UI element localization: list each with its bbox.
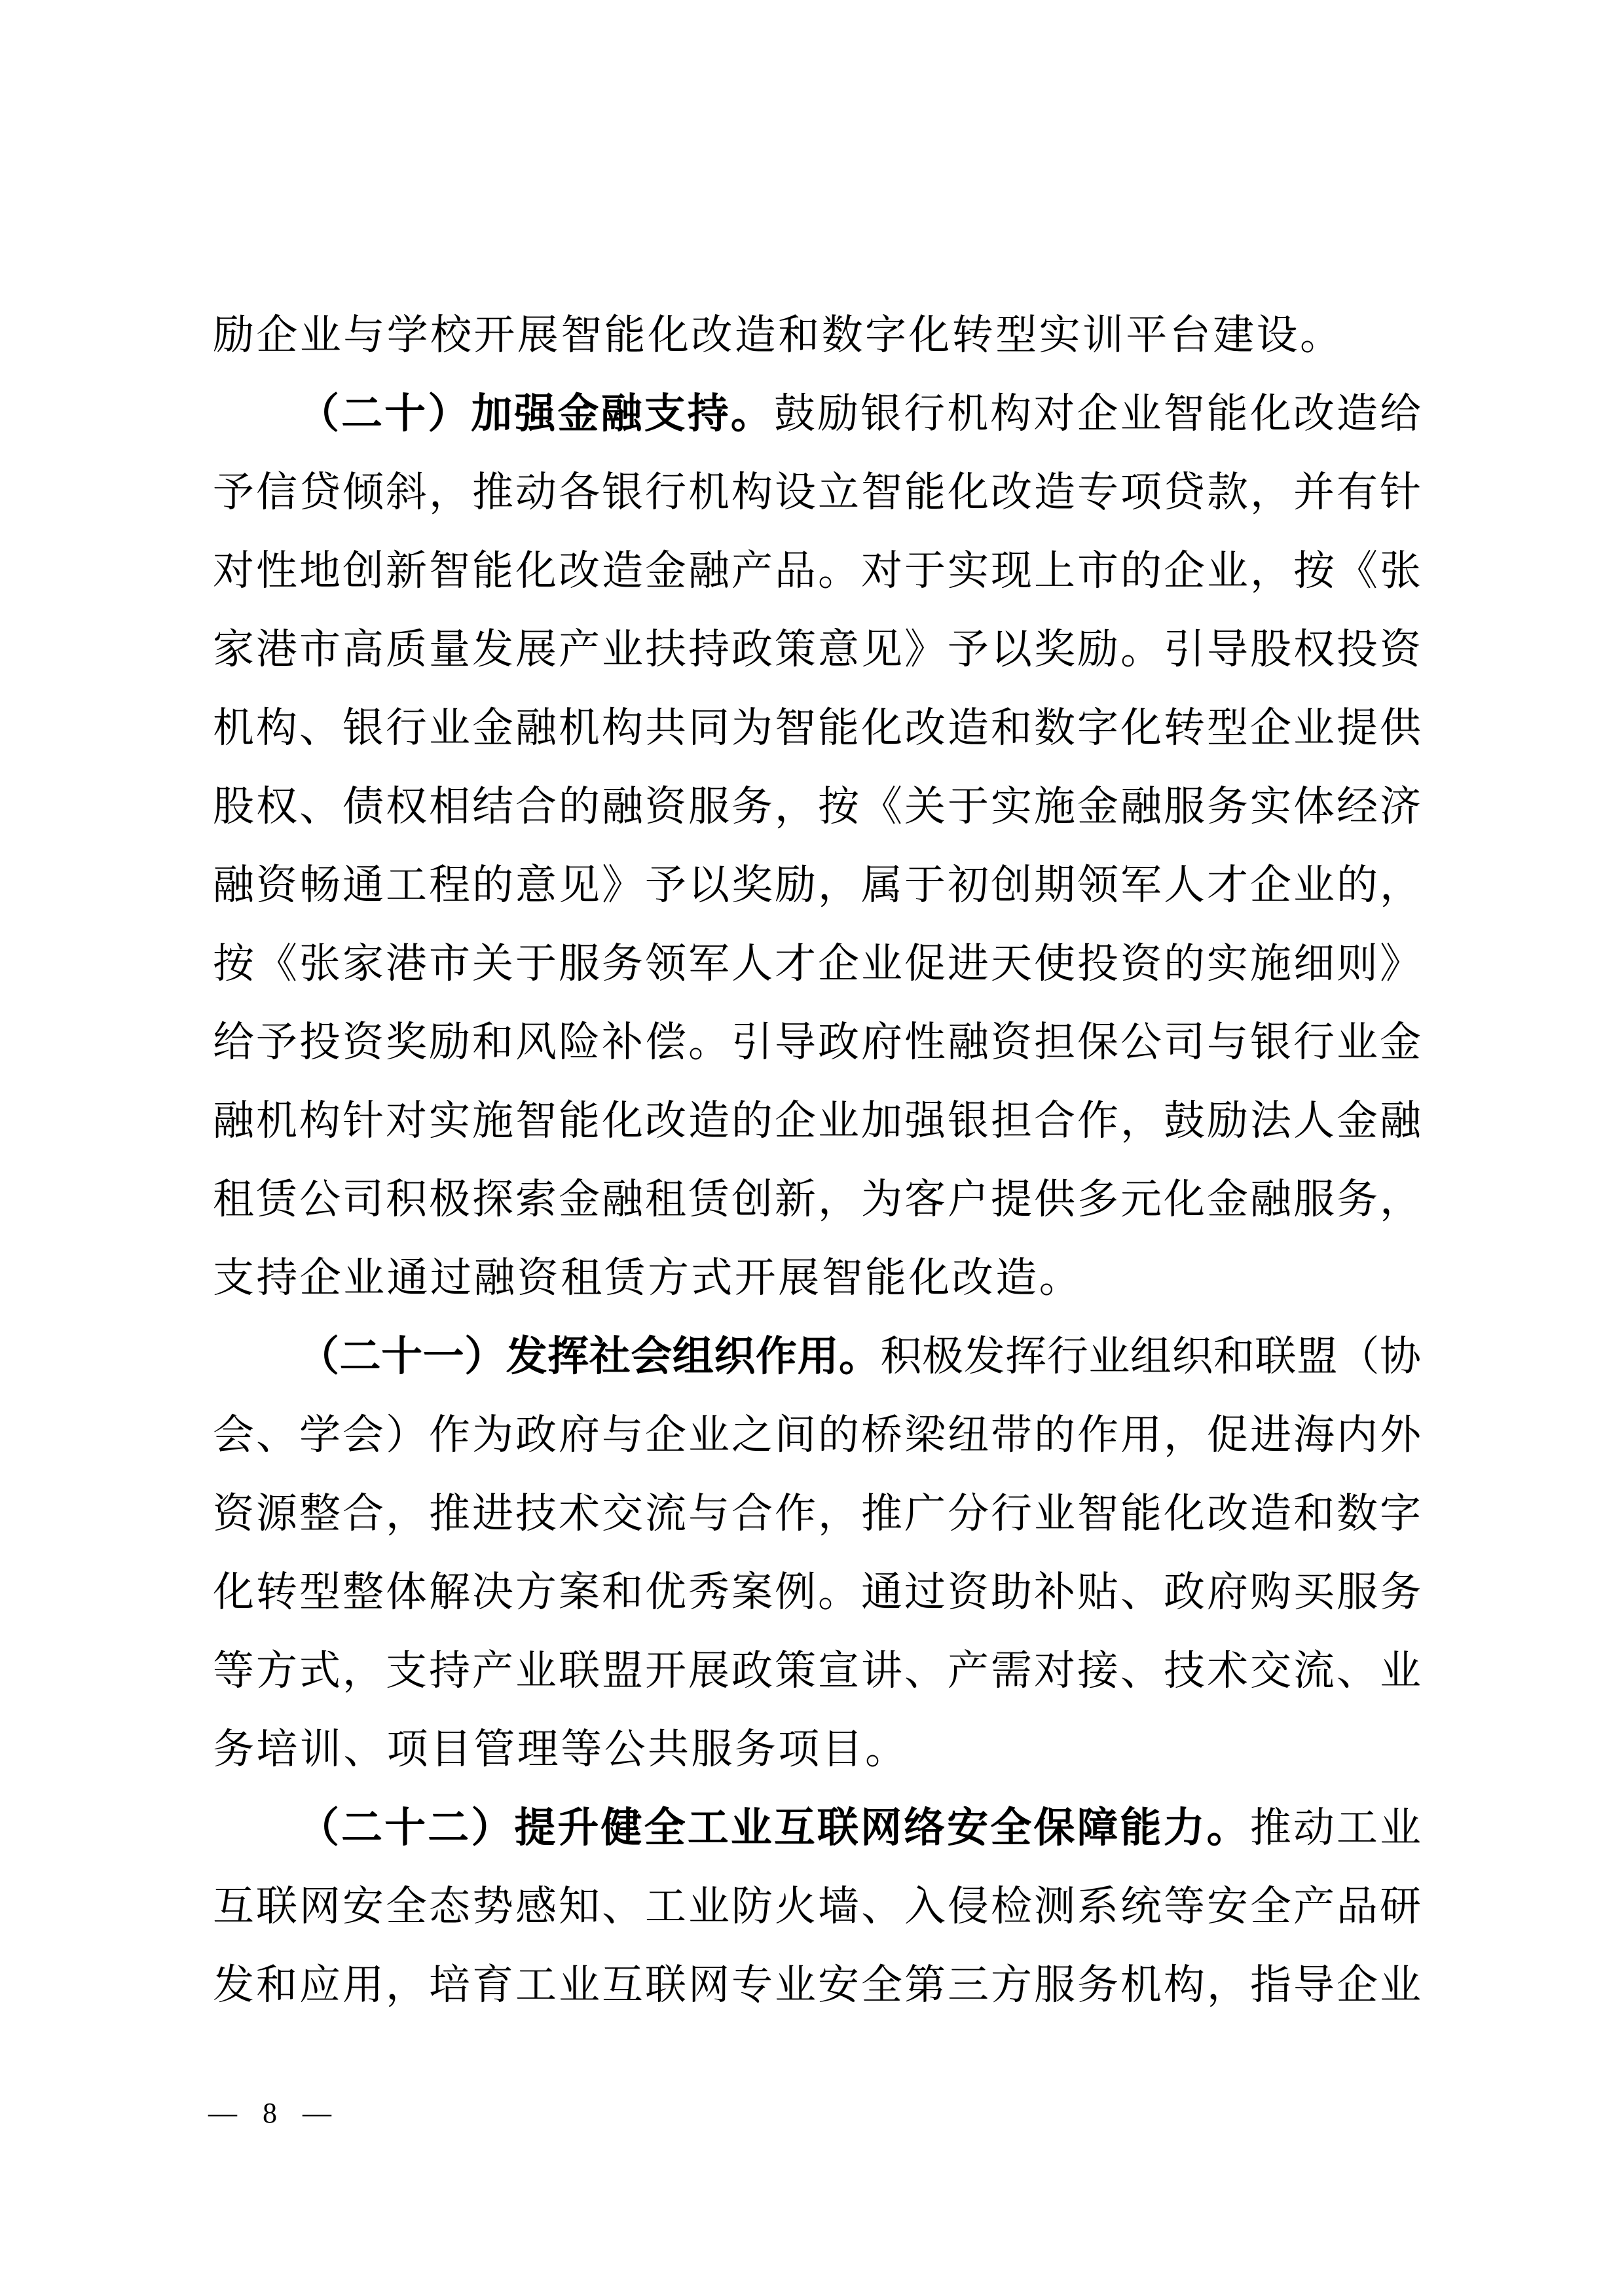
text-line: （二十二）提升健全工业互联网络安全保障能力。推动工业 xyxy=(213,1789,1421,1867)
text-line: 融资畅通工程的意见》予以奖励，属于初创期领军人才企业的， xyxy=(213,846,1421,924)
section-heading: （二十一）发挥社会组织作用。 xyxy=(298,1334,881,1379)
body-text: 励企业与学校开展智能化改造和数字化转型实训平台建设。 xyxy=(213,312,1343,358)
body-text: 给予投资奖励和风险补偿。引导政府性融资担保公司与银行业金 xyxy=(213,1019,1421,1065)
text-line: （二十）加强金融支持。鼓励银行机构对企业智能化改造给 xyxy=(213,374,1421,453)
text-line: 化转型整体解决方案和优秀案例。通过资助补贴、政府购买服务 xyxy=(213,1553,1421,1631)
text-line: 对性地创新智能化改造金融产品。对于实现上市的企业，按《张 xyxy=(213,532,1421,610)
section-heading: （二十）加强金融支持。 xyxy=(298,391,774,437)
section-heading: （二十二）提升健全工业互联网络安全保障能力。 xyxy=(298,1805,1250,1851)
body-text: 支持企业通过融资租赁方式开展智能化改造。 xyxy=(213,1255,1082,1301)
text-line: 会、学会）作为政府与企业之间的桥梁纽带的作用，促进海内外 xyxy=(213,1396,1421,1474)
text-line: 互联网安全态势感知、工业防火墙、入侵检测系统等安全产品研 xyxy=(213,1867,1421,1946)
body-text: 等方式，支持产业联盟开展政策宣讲、产需对接、技术交流、业 xyxy=(213,1648,1421,1694)
body-text: 务培训、项目管理等公共服务项目。 xyxy=(213,1726,908,1772)
body-text: 家港市高质量发展产业扶持政策意见》予以奖励。引导股权投资 xyxy=(213,627,1421,672)
text-line: 租赁公司积极探索金融租赁创新，为客户提供多元化金融服务， xyxy=(213,1160,1421,1239)
text-line: 资源整合，推进技术交流与合作，推广分行业智能化改造和数字 xyxy=(213,1474,1421,1553)
document-body: 励企业与学校开展智能化改造和数字化转型实训平台建设。 （二十）加强金融支持。鼓励… xyxy=(213,296,1421,2024)
text-line: 股权、债权相结合的融资服务，按《关于实施金融服务实体经济 xyxy=(213,767,1421,846)
text-line: 按《张家港市关于服务领军人才企业促进天使投资的实施细则》 xyxy=(213,924,1421,1003)
body-text: 化转型整体解决方案和优秀案例。通过资助补贴、政府购买服务 xyxy=(213,1569,1421,1615)
body-text: 股权、债权相结合的融资服务，按《关于实施金融服务实体经济 xyxy=(213,784,1421,829)
text-line: 务培训、项目管理等公共服务项目。 xyxy=(213,1710,1421,1789)
text-line: 等方式，支持产业联盟开展政策宣讲、产需对接、技术交流、业 xyxy=(213,1631,1421,1710)
body-text: 对性地创新智能化改造金融产品。对于实现上市的企业，按《张 xyxy=(213,548,1421,594)
page-number: — 8 — xyxy=(208,2094,335,2133)
body-text: 融资畅通工程的意见》予以奖励，属于初创期领军人才企业的， xyxy=(213,862,1421,908)
text-line: （二十一）发挥社会组织作用。积极发挥行业组织和联盟（协 xyxy=(213,1317,1421,1396)
body-text: 融机构针对实施智能化改造的企业加强银担合作，鼓励法人金融 xyxy=(213,1098,1421,1144)
document-page: 励企业与学校开展智能化改造和数字化转型实训平台建设。 （二十）加强金融支持。鼓励… xyxy=(0,0,1624,2296)
body-text: 会、学会）作为政府与企业之间的桥梁纽带的作用，促进海内外 xyxy=(213,1412,1421,1458)
text-line: 予信贷倾斜，推动各银行机构设立智能化改造专项贷款，并有针 xyxy=(213,453,1421,532)
body-text: 互联网安全态势感知、工业防火墙、入侵检测系统等安全产品研 xyxy=(213,1884,1421,1929)
body-text: 发和应用，培育工业互联网专业安全第三方服务机构，指导企业 xyxy=(213,1962,1421,2008)
text-line: 励企业与学校开展智能化改造和数字化转型实训平台建设。 xyxy=(213,296,1421,374)
body-text: 鼓励银行机构对企业智能化改造给 xyxy=(774,391,1421,437)
body-text: 资源整合，推进技术交流与合作，推广分行业智能化改造和数字 xyxy=(213,1491,1421,1537)
body-text: 租赁公司积极探索金融租赁创新，为客户提供多元化金融服务， xyxy=(213,1176,1421,1222)
body-text: 予信贷倾斜，推动各银行机构设立智能化改造专项贷款，并有针 xyxy=(213,469,1421,515)
text-line: 支持企业通过融资租赁方式开展智能化改造。 xyxy=(213,1239,1421,1317)
text-line: 家港市高质量发展产业扶持政策意见》予以奖励。引导股权投资 xyxy=(213,610,1421,689)
text-line: 融机构针对实施智能化改造的企业加强银担合作，鼓励法人金融 xyxy=(213,1082,1421,1160)
body-text: 按《张家港市关于服务领军人才企业促进天使投资的实施细则》 xyxy=(213,941,1421,987)
body-text: 积极发挥行业组织和联盟（协 xyxy=(881,1334,1421,1379)
text-line: 给予投资奖励和风险补偿。引导政府性融资担保公司与银行业金 xyxy=(213,1003,1421,1082)
body-text: 机构、银行业金融机构共同为智能化改造和数字化转型企业提供 xyxy=(213,705,1421,751)
body-text: 推动工业 xyxy=(1250,1805,1421,1851)
text-line: 机构、银行业金融机构共同为智能化改造和数字化转型企业提供 xyxy=(213,689,1421,767)
text-line: 发和应用，培育工业互联网专业安全第三方服务机构，指导企业 xyxy=(213,1946,1421,2024)
